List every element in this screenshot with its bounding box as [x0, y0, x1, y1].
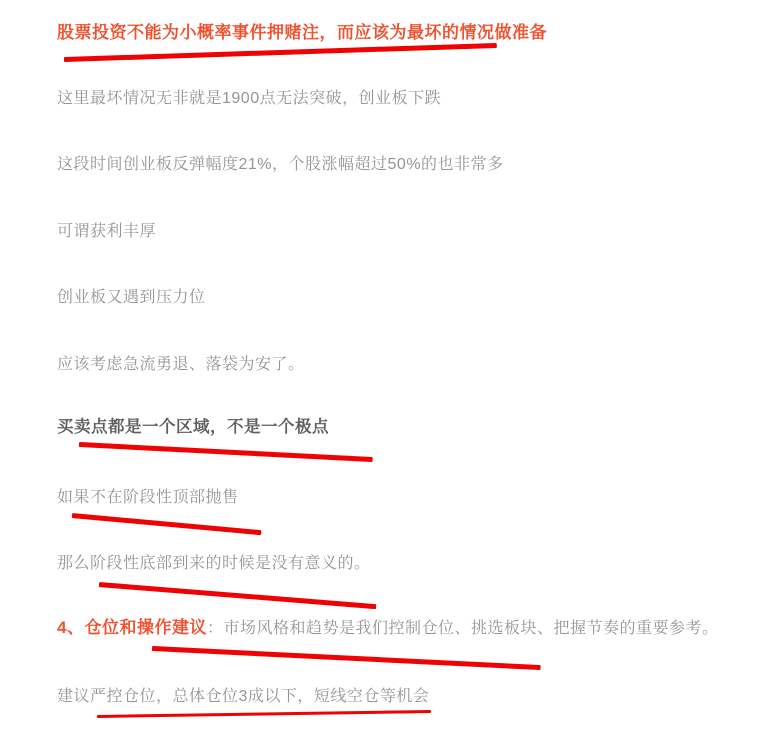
- red-underline-main-heading: [64, 43, 497, 62]
- subheading-buy-sell-zone: 买卖点都是一个区域，不是一个极点: [57, 413, 329, 437]
- paragraph-profit: 可谓获利丰厚: [57, 218, 156, 241]
- red-underline-section-4: [152, 646, 541, 670]
- section-4-heading-line: 4、仓位和操作建议：市场风格和趋势是我们控制仓位、挑选板块、把握节奏的重要参考。: [57, 613, 718, 638]
- paragraph-retreat: 应该考虑急流勇退、落袋为安了。: [57, 351, 305, 374]
- paragraph-worst-case: 这里最坏情况无非就是1900点无法突破，创业板下跌: [57, 85, 441, 108]
- paragraph-sell-at-top: 如果不在阶段性顶部抛售: [57, 484, 239, 507]
- paragraph-pressure-level: 创业板又遇到压力位: [57, 284, 206, 307]
- paragraph-stage-bottom: 那么阶段性底部到来的时候是没有意义的。: [57, 550, 371, 573]
- red-underline-stage-bottom: [99, 582, 377, 609]
- article-page: 股票投资不能为小概率事件押赌注，而应该为最坏的情况做准备 这里最坏情况无非就是1…: [0, 0, 777, 741]
- red-underline-sell-at-top: [72, 513, 262, 535]
- article-main-heading: 股票投资不能为小概率事件押赌注，而应该为最坏的情况做准备: [57, 18, 547, 43]
- section-4-text: ：市场风格和趋势是我们控制仓位、挑选板块、把握节奏的重要参考。: [207, 620, 719, 637]
- red-underline-subheading: [79, 442, 373, 462]
- red-underline-position-advice: [97, 710, 431, 718]
- paragraph-rebound: 这段时间创业板反弹幅度21%，个股涨幅超过50%的也非常多: [57, 151, 504, 174]
- section-4-label: 4、仓位和操作建议: [57, 618, 207, 637]
- paragraph-position-advice: 建议严控仓位，总体仓位3成以下，短线空仓等机会: [57, 683, 429, 706]
